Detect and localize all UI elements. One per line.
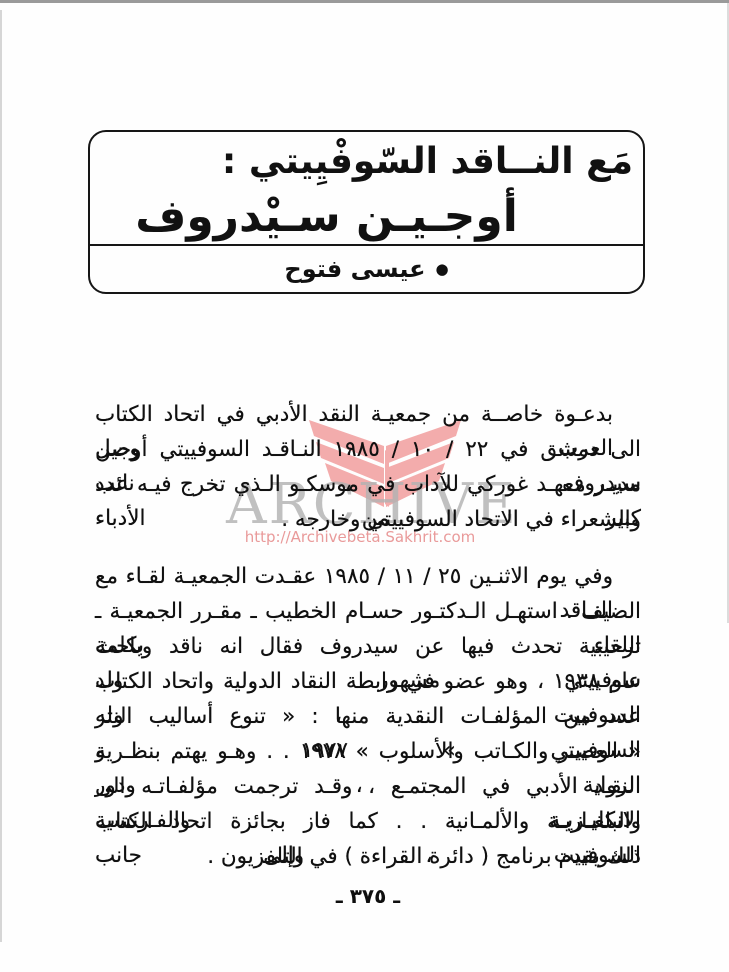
page-number: ـ ٣٧٥ ـ [95, 884, 641, 908]
bullet-icon: ● [436, 262, 449, 277]
paragraph-2: وفي يوم الاثنـين ٢٥ / ١١ / ١٩٨٥ عقـدت ال… [95, 560, 641, 875]
body-line: الضيف . استهـل الـدكتـور حسـام الخطيب ـ … [95, 595, 641, 630]
title-box: مَع النــاقد السّوفْيِيتي : أوجـيـن سـيْ… [88, 130, 645, 294]
body-line: والبلغـاريـة والألمـانية . . كما فاز بجا… [95, 805, 641, 840]
article-title-line2: أوجـيـن سـيْدروف [100, 188, 553, 246]
paragraph-1: بدعـوة خاصــة من جمعيـة النقد الأدبي في … [95, 398, 641, 538]
scanned-document-page: ARCHIVE http://Archivebeta.Sakhrit.com م… [0, 0, 729, 972]
body-line: الى دمشق في ٢٢ / ١٠ / ١٩٨٥ النـاقـد السو… [95, 433, 641, 468]
article-body: بدعـوة خاصــة من جمعيـة النقد الأدبي في … [95, 398, 641, 875]
author-name: عيسى فتوح [284, 255, 425, 283]
body-line: مديـر معهـد غوركي للآداب في موسكـو الـذي… [95, 468, 641, 503]
body-line: عام ١٩٣٨ ، وهو عضو في رابطة النقاد الدول… [95, 665, 641, 700]
body-line: النقـد الأدبي في المجتمـع ، وقـد ترجمت م… [95, 770, 641, 805]
article-title-line1: مَع النــاقد السّوفْيِيتي : [100, 134, 633, 190]
scan-edge-left [0, 10, 2, 942]
body-line: « العصـر والكـاتب والأسلوب » ١٩٧٨ . . وه… [95, 735, 641, 770]
body-line: عدد من المؤلفـات النقدية منها : « تنوع أ… [95, 700, 641, 735]
author-line: ● عيسى فتوح [90, 244, 643, 292]
body-line: ترحيبية تحدث فيها عن سيدروف فقال انه ناق… [95, 630, 641, 665]
body-line: وفي يوم الاثنـين ٢٥ / ١١ / ١٩٨٥ عقـدت ال… [95, 560, 641, 595]
body-line: بدعـوة خاصــة من جمعيـة النقد الأدبي في … [95, 398, 641, 433]
scan-edge-top [0, 0, 729, 3]
